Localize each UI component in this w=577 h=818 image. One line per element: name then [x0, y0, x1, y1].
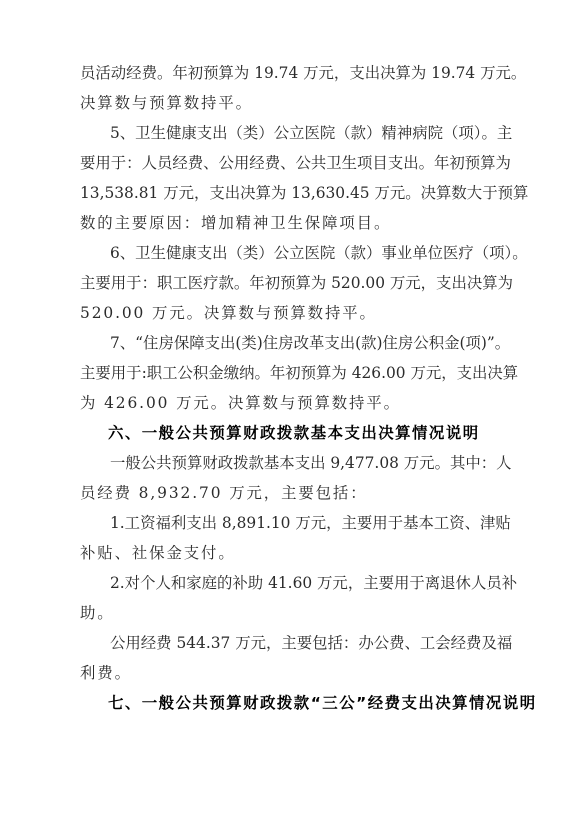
text-line: 公用经费 544.37 万元，主要包括：办公费、工会经费及福 — [80, 628, 493, 658]
paragraph-item-5: 5、卫生健康支出（类）公立医院（款）精神病院（项）。主 要用于：人员经费、公用经… — [80, 118, 493, 238]
text-line: 为 426.00 万元。决算数与预算数持平。 — [80, 388, 493, 418]
text-line: 7、“住房保障支出(类)住房改革支出(款)住房公积金(项)”。 — [80, 328, 493, 358]
text-line: 主要用于：职工医疗款。年初预算为 520.00 万元，支出决算为 — [80, 268, 493, 298]
text-line: 助。 — [80, 598, 493, 628]
text-line: 要用于：人员经费、公用经费、公共卫生项目支出。年初预算为 — [80, 148, 493, 178]
paragraph-item-7: 7、“住房保障支出(类)住房改革支出(款)住房公积金(项)”。 主要用于:职工公… — [80, 328, 493, 418]
document-page: 员活动经费。年初预算为 19.74 万元，支出决算为 19.74 万元。 决算数… — [80, 58, 493, 718]
paragraph-public-expenses: 公用经费 544.37 万元，主要包括：办公费、工会经费及福 利费。 — [80, 628, 493, 688]
text-line: 数的主要原因：增加精神卫生保障项目。 — [80, 208, 493, 238]
text-line: 一般公共预算财政拨款基本支出 9,477.08 万元。其中：人 — [80, 448, 493, 478]
text-line: 5、卫生健康支出（类）公立医院（款）精神病院（项）。主 — [80, 118, 493, 148]
section-heading-6: 六、一般公共预算财政拨款基本支出决算情况说明 — [80, 418, 493, 448]
text-line: 6、卫生健康支出（类）公立医院（款）事业单位医疗（项）。 — [80, 238, 493, 268]
paragraph-household-subsidies: 2.对个人和家庭的补助 41.60 万元，主要用于离退休人员补 助。 — [80, 568, 493, 628]
paragraph-item-4-tail: 员活动经费。年初预算为 19.74 万元，支出决算为 19.74 万元。 决算数… — [80, 58, 493, 118]
text-line: 补贴、社保金支付。 — [80, 538, 493, 568]
paragraph-basic-expenditure: 一般公共预算财政拨款基本支出 9,477.08 万元。其中：人 员经费 8,93… — [80, 448, 493, 508]
text-line: 决算数与预算数持平。 — [80, 88, 493, 118]
text-line: 1.工资福利支出 8,891.10 万元，主要用于基本工资、津贴 — [80, 508, 493, 538]
section-heading-7: 七、一般公共预算财政拨款“三公”经费支出决算情况说明 — [80, 688, 493, 718]
paragraph-wages-welfare: 1.工资福利支出 8,891.10 万元，主要用于基本工资、津贴 补贴、社保金支… — [80, 508, 493, 568]
text-line: 13,538.81 万元，支出决算为 13,630.45 万元。决算数大于预算 — [80, 178, 493, 208]
text-line: 主要用于:职工公积金缴纳。年初预算为 426.00 万元，支出决算 — [80, 358, 493, 388]
paragraph-item-6: 6、卫生健康支出（类）公立医院（款）事业单位医疗（项）。 主要用于：职工医疗款。… — [80, 238, 493, 328]
text-line: 520.00 万元。决算数与预算数持平。 — [80, 298, 493, 328]
text-line: 2.对个人和家庭的补助 41.60 万元，主要用于离退休人员补 — [80, 568, 493, 598]
text-line: 员活动经费。年初预算为 19.74 万元，支出决算为 19.74 万元。 — [80, 58, 493, 88]
text-line: 利费。 — [80, 658, 493, 688]
text-line: 员经费 8,932.70 万元，主要包括： — [80, 478, 493, 508]
